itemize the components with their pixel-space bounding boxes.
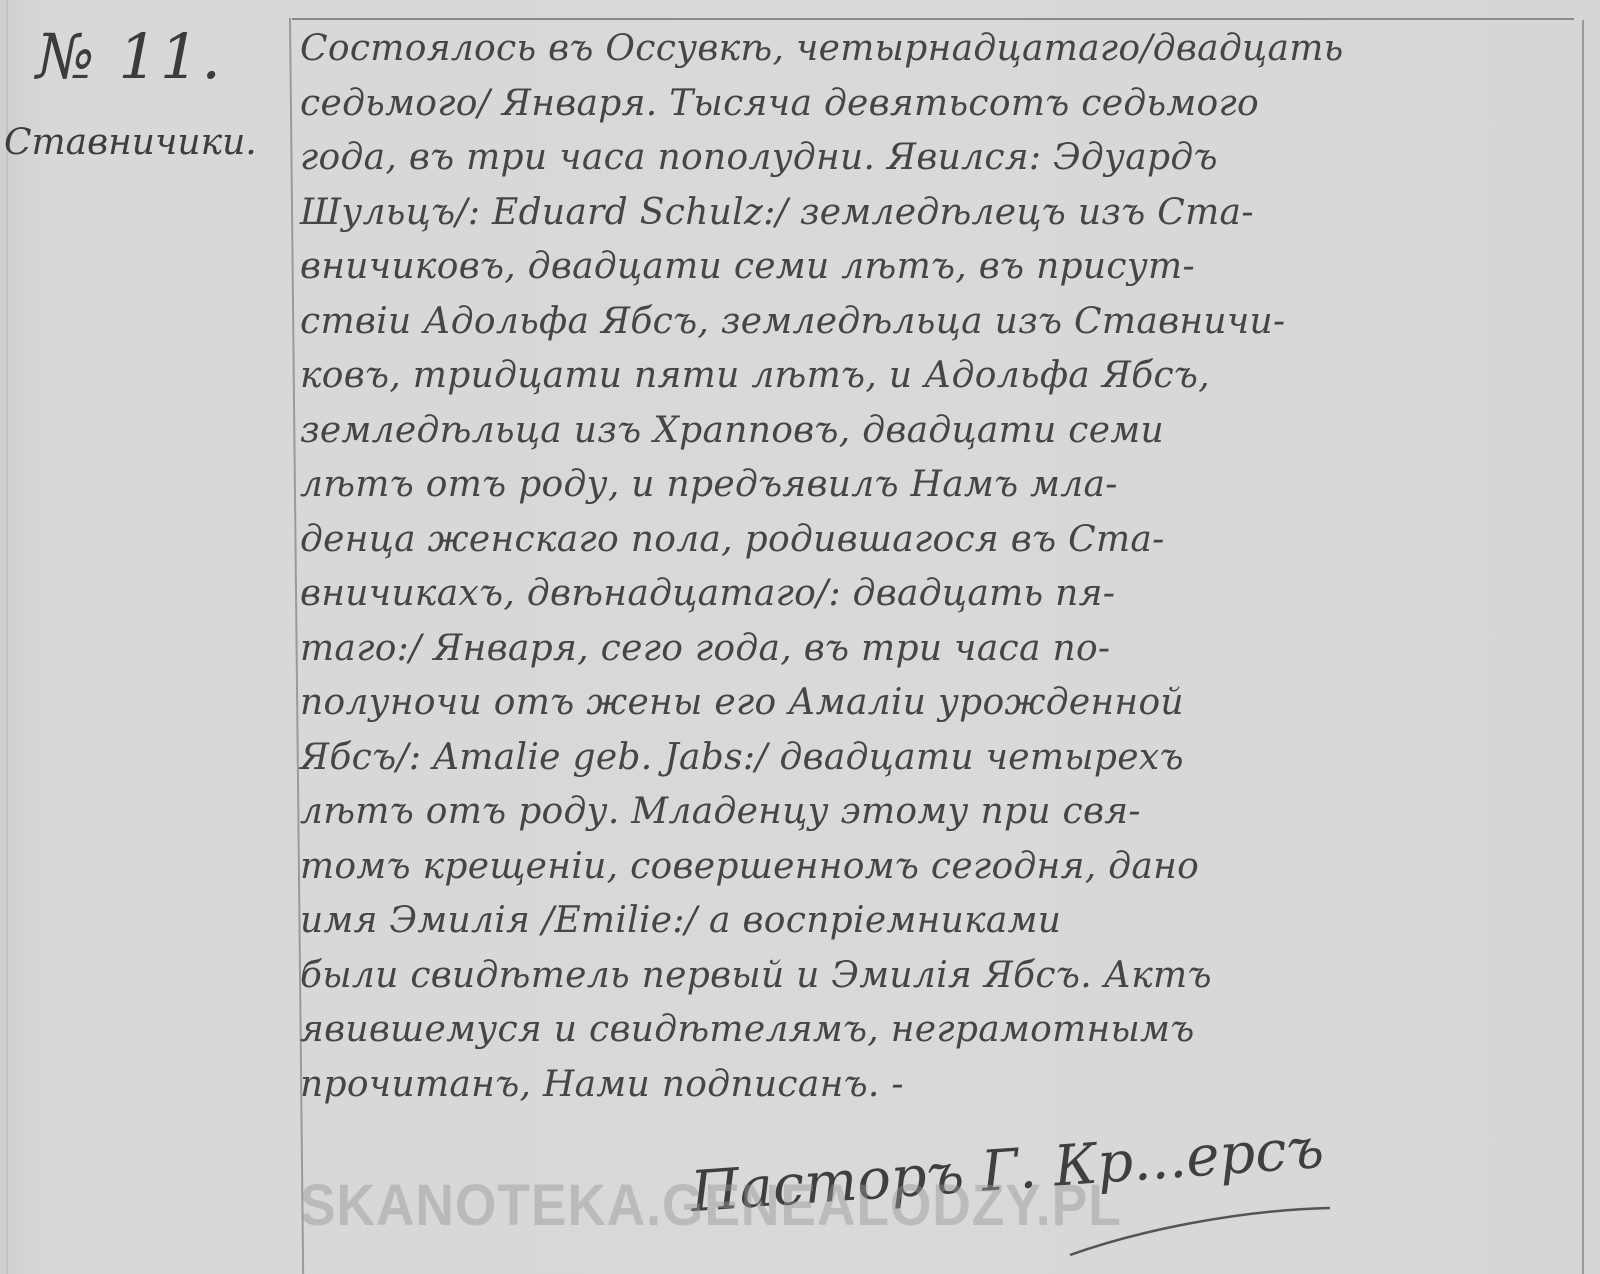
record-line: Ябсъ/: Amalie geb. Jabs:/ двадцати четыр…: [300, 731, 1575, 786]
record-line: денца женскаго пола, родившагося въ Ста-: [300, 513, 1575, 568]
record-number: № 11.: [36, 20, 223, 93]
record-line: томъ крещеніи, совершенномъ сегодня, дан…: [300, 840, 1575, 895]
watermark: SKANOTEKA.GENEALODZY.PL: [300, 1172, 1122, 1239]
record-line: Шульцъ/: Eduard Schulz:/ земледѣлецъ изъ…: [300, 186, 1575, 241]
record-line: ствіи Адольфа Ябсъ, земледѣльца изъ Став…: [300, 295, 1575, 350]
left-margin: № 11. Ставничики.: [0, 0, 280, 300]
record-line: явившемуся и свидѣтелямъ, неграмотнымъ: [300, 1003, 1575, 1058]
record-line: ковъ, тридцати пяти лѣтъ, и Адольфа Ябсъ…: [300, 349, 1575, 404]
record-line: Состоялось въ Оссувкѣ, четырнадцатаго/дв…: [300, 22, 1575, 77]
record-line: земледѣльца изъ Храпповъ, двадцати семи: [300, 404, 1575, 459]
record-line: имя Эмилія /Emilie:/ а воспріемниками: [300, 894, 1575, 949]
scanned-page: № 11. Ставничики. Состоялось въ Оссувкѣ,…: [0, 0, 1600, 1274]
record-line: года, въ три часа пополудни. Явился: Эду…: [300, 131, 1575, 186]
record-line: таго:/ Января, сего года, въ три часа по…: [300, 622, 1575, 677]
village-name: Ставничики.: [4, 122, 257, 163]
record-line: вничиковъ, двадцати семи лѣтъ, въ присут…: [300, 240, 1575, 295]
record-line: полуночи отъ жены его Амаліи урожденной: [300, 676, 1575, 731]
record-line: прочитанъ, Нами подписанъ. -: [300, 1058, 1575, 1113]
record-line: были свидѣтель первый и Эмилія Ябсъ. Акт…: [300, 949, 1575, 1004]
record-line: лѣтъ отъ роду. Младенцу этому при свя-: [300, 785, 1575, 840]
record-line: лѣтъ отъ роду, и предъявилъ Намъ мла-: [300, 458, 1575, 513]
record-line: седьмого/ Января. Тысяча девятьсотъ седь…: [300, 77, 1575, 132]
record-body: Состоялось въ Оссувкѣ, четырнадцатаго/дв…: [300, 22, 1575, 1112]
record-line: вничикахъ, двѣнадцатаго/: двадцать пя-: [300, 567, 1575, 622]
record-box-top-rule: [292, 18, 1574, 20]
record-box-right-rule: [1582, 20, 1584, 1274]
